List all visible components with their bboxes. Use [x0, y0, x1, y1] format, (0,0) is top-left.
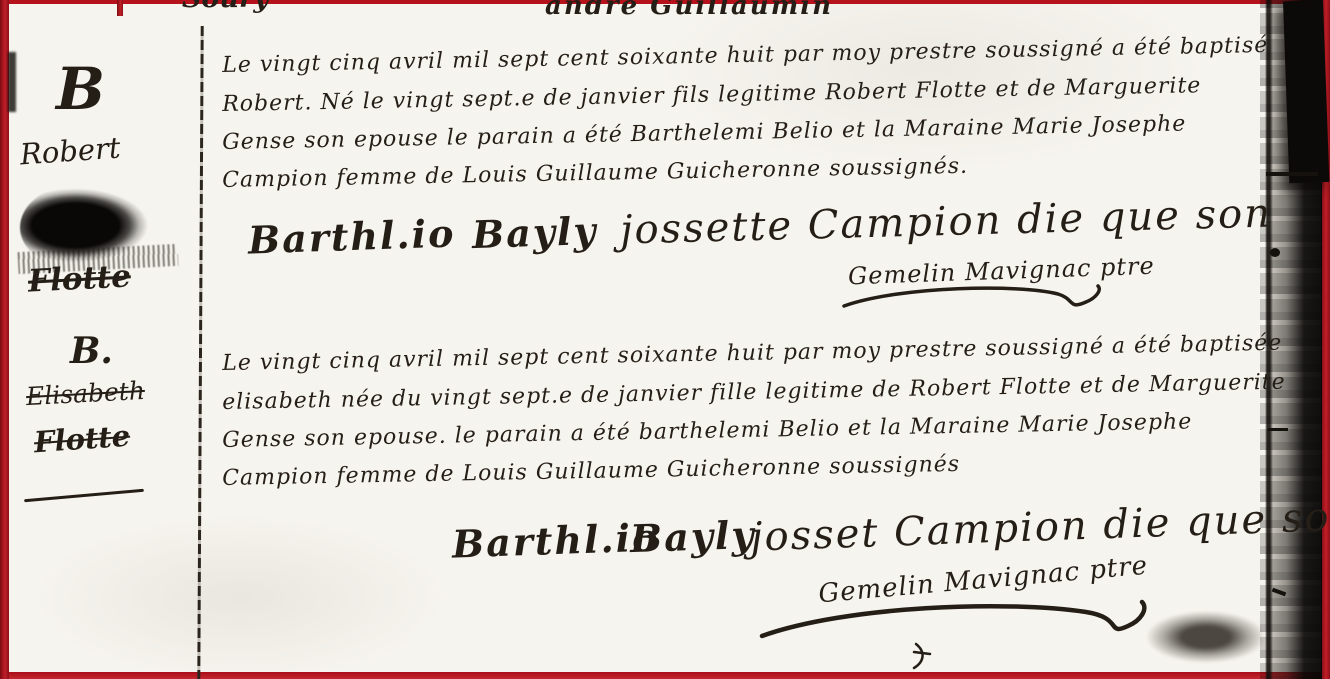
gutter-mark [1268, 428, 1288, 431]
record-2-line-4: Campion femme de Louis Guillaume Guicher… [222, 453, 960, 491]
record-2-line-2: elisabeth née du vingt sept.e de janvier… [222, 371, 1286, 416]
ink-smudge [1146, 608, 1266, 666]
gutter-mark [1266, 172, 1318, 176]
gutter-shadow-top [1283, 0, 1329, 183]
margin-note-2-name: Elisabeth [25, 377, 145, 411]
record-2-signature-bayly: Bayly [629, 514, 756, 560]
record-1-line-4: Campion femme de Louis Guillaume Guicher… [222, 155, 968, 194]
record-1-line-3: Gense son epouse le parain a été Barthel… [222, 112, 1187, 155]
signature-flourish [756, 592, 1156, 672]
signature-flourish [840, 280, 1110, 314]
record-1-line-2: Robert. Né le vingt sept.e de janvier fi… [222, 74, 1202, 117]
margin-note-2-surname: Flotte [33, 421, 131, 460]
record-1-signature-barthelemi: Barthl.io [247, 212, 456, 261]
top-fragment-center: andre Guillaumin [545, 0, 833, 21]
frame-top-tick [117, 0, 123, 16]
margin-note-2-initial: B. [70, 332, 113, 372]
register-page-scan: Soury andre Guillaumin B Robert Flotte B… [0, 0, 1330, 679]
gutter-mark [1270, 248, 1280, 257]
margin-note-1-name: Robert [19, 133, 122, 172]
margin-rule-line [197, 26, 203, 679]
record-2-signature-campion: josset Campion die que son [749, 494, 1330, 559]
record-1-line-1: Le vingt cinq avril mil sept cent soixan… [222, 34, 1269, 78]
record-1-signature-campion: jossette Campion die que son [620, 191, 1273, 252]
record-1-signature-bayly: Bayly [471, 210, 598, 256]
record-2-line-3: Gense son epouse. le parain a été barthe… [222, 410, 1192, 453]
margin-note-2-underline [24, 489, 144, 502]
top-fragment-left: Soury [182, 0, 269, 14]
record-2-line-1: Le vingt cinq avril mil sept cent soixan… [222, 332, 1283, 377]
ink-smudge [8, 52, 16, 112]
margin-note-1-initial: B [56, 58, 105, 122]
margin-note-1-surname: Flotte [27, 259, 131, 298]
